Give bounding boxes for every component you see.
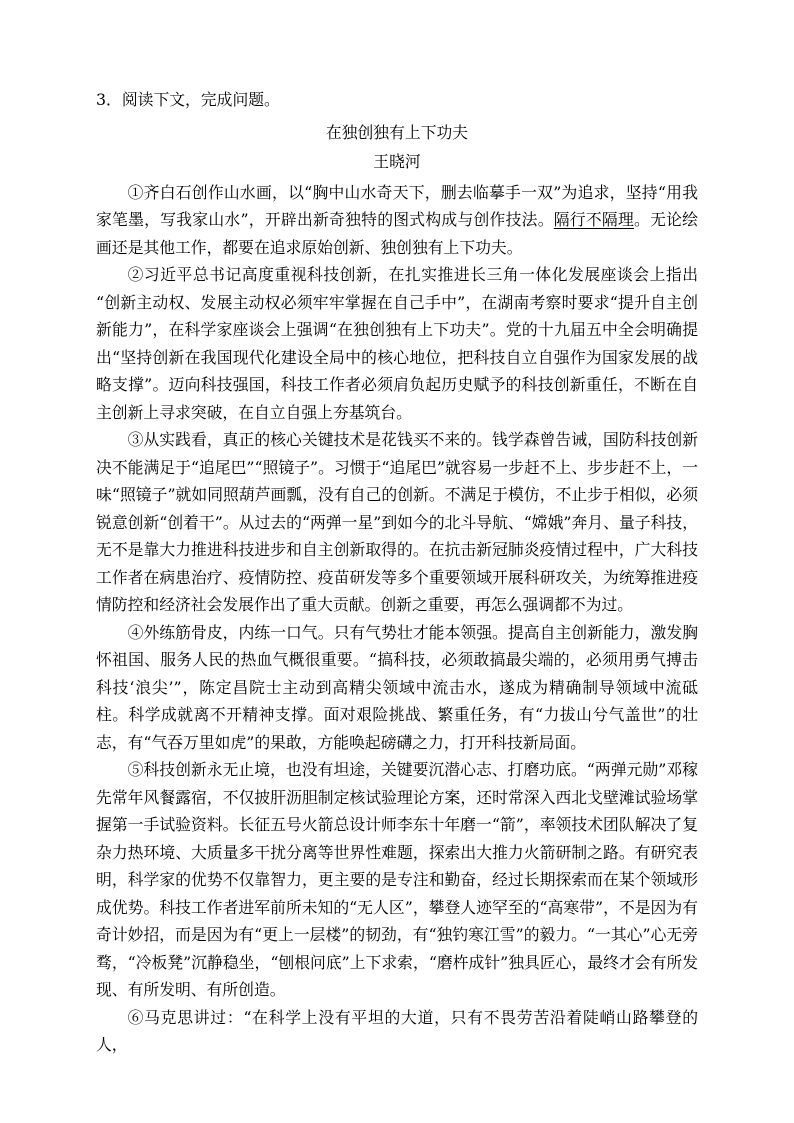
paragraph-text: ⑥马克思讲过：“在科学上没有平坦的大道，只有不畏劳苦沿着陡峭山路攀登的人， [96, 1008, 698, 1055]
paragraph-text: ⑤科技创新永无止境，也没有坦途，关键要沉潜心志、打磨功底。“两弹元勋”邓稼先常年… [96, 760, 698, 999]
question-instruction: 阅读下文，完成问题。 [122, 90, 280, 109]
article-paragraph: ③从实践看，真正的核心关键技术是花钱买不来的。钱学森曾告诫，国防科技创新决不能满… [96, 426, 698, 619]
paragraph-text: ④外练筋骨皮，内练一口气。只有气势壮才能本领强。提高自主创新能力，激发胸怀祖国、… [96, 623, 698, 752]
article-paragraph: ⑥马克思讲过：“在科学上没有平坦的大道，只有不畏劳苦沿着陡峭山路攀登的人， [96, 1004, 698, 1059]
article-body: ①齐白石创作山水画，以“胸中山水奇天下，删去临摹手一双”为追求，坚持“用我家笔墨… [96, 179, 698, 1059]
document-page: 3．阅读下文，完成问题。 在独创独有上下功夫 王晓河 ①齐白石创作山水画，以“胸… [0, 0, 794, 1123]
article-paragraph: ①齐白石创作山水画，以“胸中山水奇天下，删去临摹手一双”为追求，坚持“用我家笔墨… [96, 179, 698, 262]
article-title: 在独创独有上下功夫 [96, 118, 698, 147]
article-paragraph: ②习近平总书记高度重视科技创新，在扎实推进长三角一体化发展座谈会上指出“创新主动… [96, 261, 698, 426]
question-number: 3． [96, 90, 122, 109]
article-paragraph: ④外练筋骨皮，内练一口气。只有气势壮才能本领强。提高自主创新能力，激发胸怀祖国、… [96, 619, 698, 757]
paragraph-text: ③从实践看，真正的核心关键技术是花钱买不来的。钱学森曾告诫，国防科技创新决不能满… [96, 430, 698, 614]
underlined-phrase: 隔行不隔理 [554, 210, 634, 229]
question-line: 3．阅读下文，完成问题。 [96, 86, 698, 114]
paragraph-text: ②习近平总书记高度重视科技创新，在扎实推进长三角一体化发展座谈会上指出“创新主动… [96, 265, 698, 422]
article-paragraph: ⑤科技创新永无止境，也没有坦途，关键要沉潜心志、打磨功底。“两弹元勋”邓稼先常年… [96, 756, 698, 1004]
article-author: 王晓河 [96, 147, 698, 176]
